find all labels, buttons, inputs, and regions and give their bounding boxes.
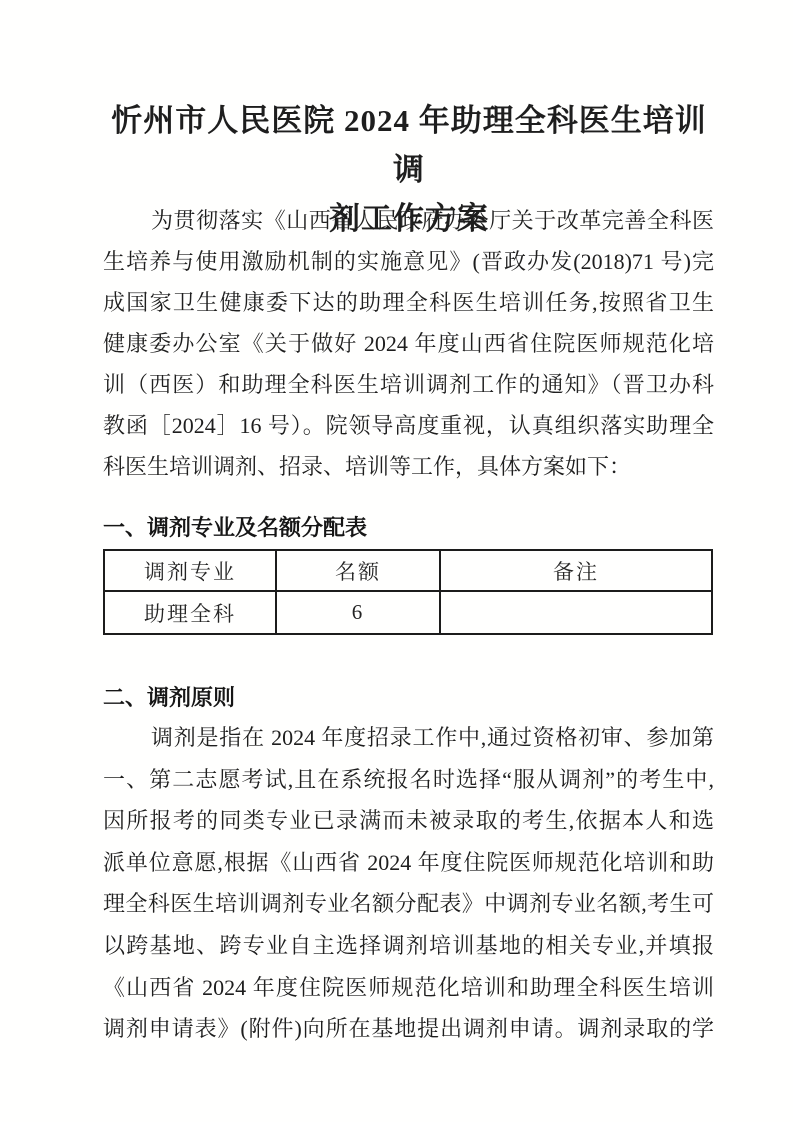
rules-line: 理全科医生培训调剂专业名额分配表》中调剂专业名额,考生可	[103, 883, 714, 925]
table-header-quota: 名额	[276, 550, 440, 591]
table-cell-major: 助理全科	[104, 591, 276, 634]
intro-line: 科医生培训调剂、招录、培训等工作，具体方案如下：	[103, 446, 714, 487]
table-header-note: 备注	[440, 550, 712, 591]
intro-line: 健康委办公室《关于做好 2024 年度山西省住院医师规范化培	[103, 323, 714, 364]
rules-paragraph: 调剂是指在 2024 年度招录工作中,通过资格初审、参加第 一、第二志愿考试,且…	[103, 717, 714, 1050]
intro-line: 教函［2024］16 号）。院领导高度重视，认真组织落实助理全	[103, 405, 714, 446]
table-cell-note	[440, 591, 712, 634]
document-page: 忻州市人民医院 2024 年助理全科医生培训调 剂工作方案 为贯彻落实《山西省人…	[0, 0, 793, 1122]
rules-line: 派单位意愿,根据《山西省 2024 年度住院医师规范化培训和助	[103, 842, 714, 884]
intro-line: 成国家卫生健康委下达的助理全科医生培训任务,按照省卫生	[103, 282, 714, 323]
rules-line: 《山西省 2024 年度住院医师规范化培训和助理全科医生培训	[103, 967, 714, 1009]
rules-line: 因所报考的同类专业已录满而未被录取的考生,依据本人和选	[103, 800, 714, 842]
document-title-line-1: 忻州市人民医院 2024 年助理全科医生培训调	[103, 96, 715, 194]
section-2-heading: 二、调剂原则	[103, 684, 714, 712]
quota-allocation-table: 调剂专业 名额 备注 助理全科 6	[103, 549, 713, 635]
rules-line: 一、第二志愿考试,且在系统报名时选择“服从调剂”的考生中,	[103, 759, 714, 801]
rules-line: 调剂是指在 2024 年度招录工作中,通过资格初审、参加第	[103, 717, 714, 759]
rules-line: 调剂申请表》(附件)向所在基地提出调剂申请。调剂录取的学	[103, 1008, 714, 1050]
intro-line: 训（西医）和助理全科医生培训调剂工作的通知》（晋卫办科	[103, 364, 714, 405]
section-1-heading: 一、调剂专业及名额分配表	[103, 514, 714, 542]
intro-line: 为贯彻落实《山西省人民政府办公厅关于改革完善全科医	[103, 200, 714, 241]
intro-paragraph: 为贯彻落实《山西省人民政府办公厅关于改革完善全科医 生培养与使用激励机制的实施意…	[103, 200, 714, 487]
table-header-major: 调剂专业	[104, 550, 276, 591]
rules-line: 以跨基地、跨专业自主选择调剂培训基地的相关专业,并填报	[103, 925, 714, 967]
table-header-row: 调剂专业 名额 备注	[104, 550, 712, 591]
table-cell-quota: 6	[276, 591, 440, 634]
table-row: 助理全科 6	[104, 591, 712, 634]
intro-line: 生培养与使用激励机制的实施意见》(晋政办发(2018)71 号)完	[103, 241, 714, 282]
